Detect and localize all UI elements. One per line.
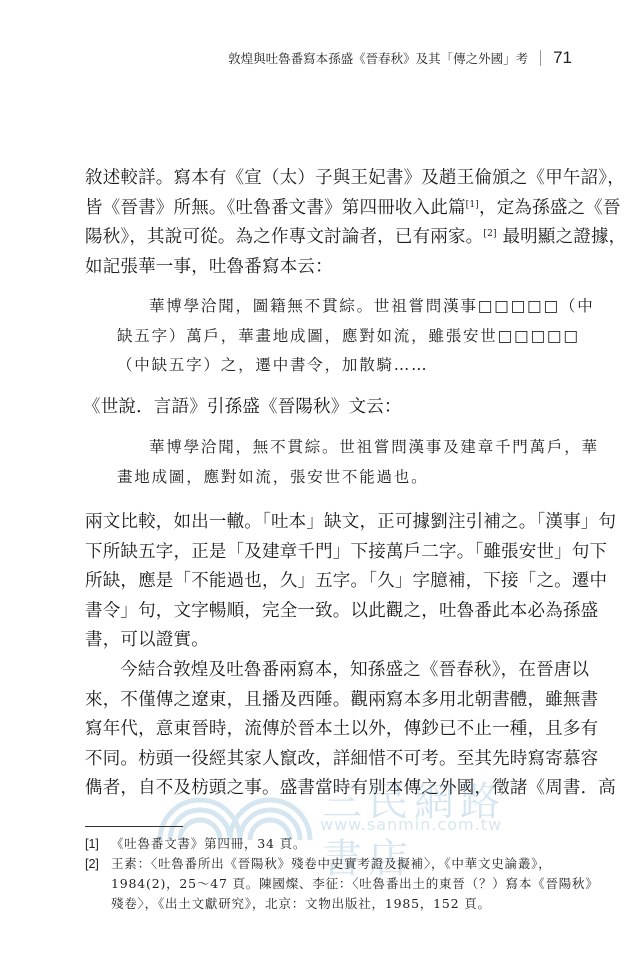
running-title: 敦煌與吐魯番寫本孫盛《晉春秋》及其「傳之外國」考 — [228, 49, 528, 67]
text-line: 不同。枋頭一役經其家人竄改，詳細惜不可考。至其先時寫寄慕容 — [85, 745, 559, 775]
text-line: 書，可以證實。 — [85, 626, 559, 656]
footnote-divider — [85, 826, 183, 827]
quote-intro: 《世說．言語》引孫盛《晉陽秋》文云： — [83, 393, 557, 423]
watermark-url: www.sanmin.com.tw — [320, 815, 502, 834]
running-header: 敦煌與吐魯番寫本孫盛《晉春秋》及其「傳之外國」考 71 — [228, 47, 572, 69]
text-line: 兩文比較，如出一轍。「吐本」缺文，正可據劉注引補之。「漢事」句 — [85, 508, 559, 538]
text-line: 《世說．言語》引孫盛《晉陽秋》文云： — [83, 393, 557, 423]
header-divider — [540, 50, 541, 66]
text-line: 儁者，自不及枋頭之事。盛書當時有別本傳之外國，徵諸《周書．高 — [85, 774, 559, 804]
text-line: 陽秋》，其說可從。為之作專文討論者，已有兩家。[2] 最明顯之證據， — [85, 223, 559, 253]
footnote-1: [1] 《吐魯番文書》第四冊，34 頁。 — [85, 834, 565, 854]
footnote-line: 殘卷〉，《出土文獻研究》，北京：文物出版社，1985，152 頁。 — [111, 894, 599, 914]
text-line: 書令」句，文字暢順，完全一致。以此觀之，吐魯番此本必為孫盛 — [85, 597, 559, 627]
block-quote-2: 華博學洽聞，無不貫綜。世祖嘗問漢事及建章千門萬戶，華 畫地成圖，應對如流，張安世… — [117, 433, 561, 492]
text-line: 來，不僅傳之遼東，且播及西陲。觀兩寫本多用北朝書體，雖無書 — [85, 686, 559, 716]
quote-line: 畫地成圖，應對如流，張安世不能過也。 — [117, 463, 561, 493]
footnote-line: 《吐魯番文書》第四冊，34 頁。 — [111, 834, 565, 854]
footnote-ref-2[interactable]: [2] — [483, 229, 496, 239]
footnote-number: [1] — [85, 834, 111, 854]
footnote-2: [2] 王素：〈吐魯番所出《晉陽秋》殘卷中史實考證及擬補〉，《中華文史論叢》， … — [85, 854, 565, 914]
footnote-number: [2] — [85, 854, 111, 914]
quote-line: 華博學洽聞，圖籍無不貫綜。世祖嘗問漢事□□□□□（中 — [117, 292, 561, 322]
footnote-ref-1[interactable]: [1] — [466, 200, 479, 210]
quote-line: （中缺五字）之，遷中書令，加散騎…… — [117, 351, 561, 381]
text-line: 今結合敦煌及吐魯番兩寫本，知孫盛之《晉春秋》，在晉唐以 — [85, 656, 559, 686]
text-line: 皆《晉書》所無。《吐魯番文書》第四冊收入此篇[1]，定為孫盛之《晉 — [85, 194, 559, 224]
block-quote-1: 華博學洽聞，圖籍無不貫綜。世祖嘗問漢事□□□□□（中 缺五字）萬戶，華畫地成圖，… — [117, 292, 561, 381]
text-line: 所缺，應是「不能過也，久」五字。「久」字臆補，下接「之。遷中 — [85, 567, 559, 597]
paragraph-2: 兩文比較，如出一轍。「吐本」缺文，正可據劉注引補之。「漢事」句 下所缺五字，正是… — [85, 508, 559, 656]
paragraph-1: 敘述較詳。寫本有《宣（太）子與王妃書》及趙王倫頒之《甲午詔》， 皆《晉書》所無。… — [85, 164, 559, 282]
text-line: 如記張華一事，吐魯番寫本云： — [85, 253, 559, 283]
quote-line: 缺五字）萬戶，華畫地成圖，應對如流，雖張安世□□□□□ — [117, 322, 561, 352]
text-line: 下所缺五字，正是「及建章千門」下接萬戶二字。「雖張安世」句下 — [85, 538, 559, 568]
paragraph-3: 今結合敦煌及吐魯番兩寫本，知孫盛之《晉春秋》，在晉唐以 來，不僅傳之遼東，且播及… — [85, 656, 559, 804]
footnote-line: 王素：〈吐魯番所出《晉陽秋》殘卷中史實考證及擬補〉，《中華文史論叢》， — [111, 854, 599, 874]
text-line: 寫年代，意東晉時，流傳於晉本土以外，傳鈔已不止一種，且多有 — [85, 715, 559, 745]
footnotes: [1] 《吐魯番文書》第四冊，34 頁。 [2] 王素：〈吐魯番所出《晉陽秋》殘… — [85, 834, 565, 914]
footnote-line: 1984(2)，25～47 頁。陳國燦、李征：〈吐魯番出土的東晉（？）寫本《晉陽… — [111, 874, 599, 894]
page-number: 71 — [553, 48, 572, 68]
text-line: 敘述較詳。寫本有《宣（太）子與王妃書》及趙王倫頒之《甲午詔》， — [85, 164, 559, 194]
quote-line: 華博學洽聞，無不貫綜。世祖嘗問漢事及建章千門萬戶，華 — [117, 433, 561, 463]
